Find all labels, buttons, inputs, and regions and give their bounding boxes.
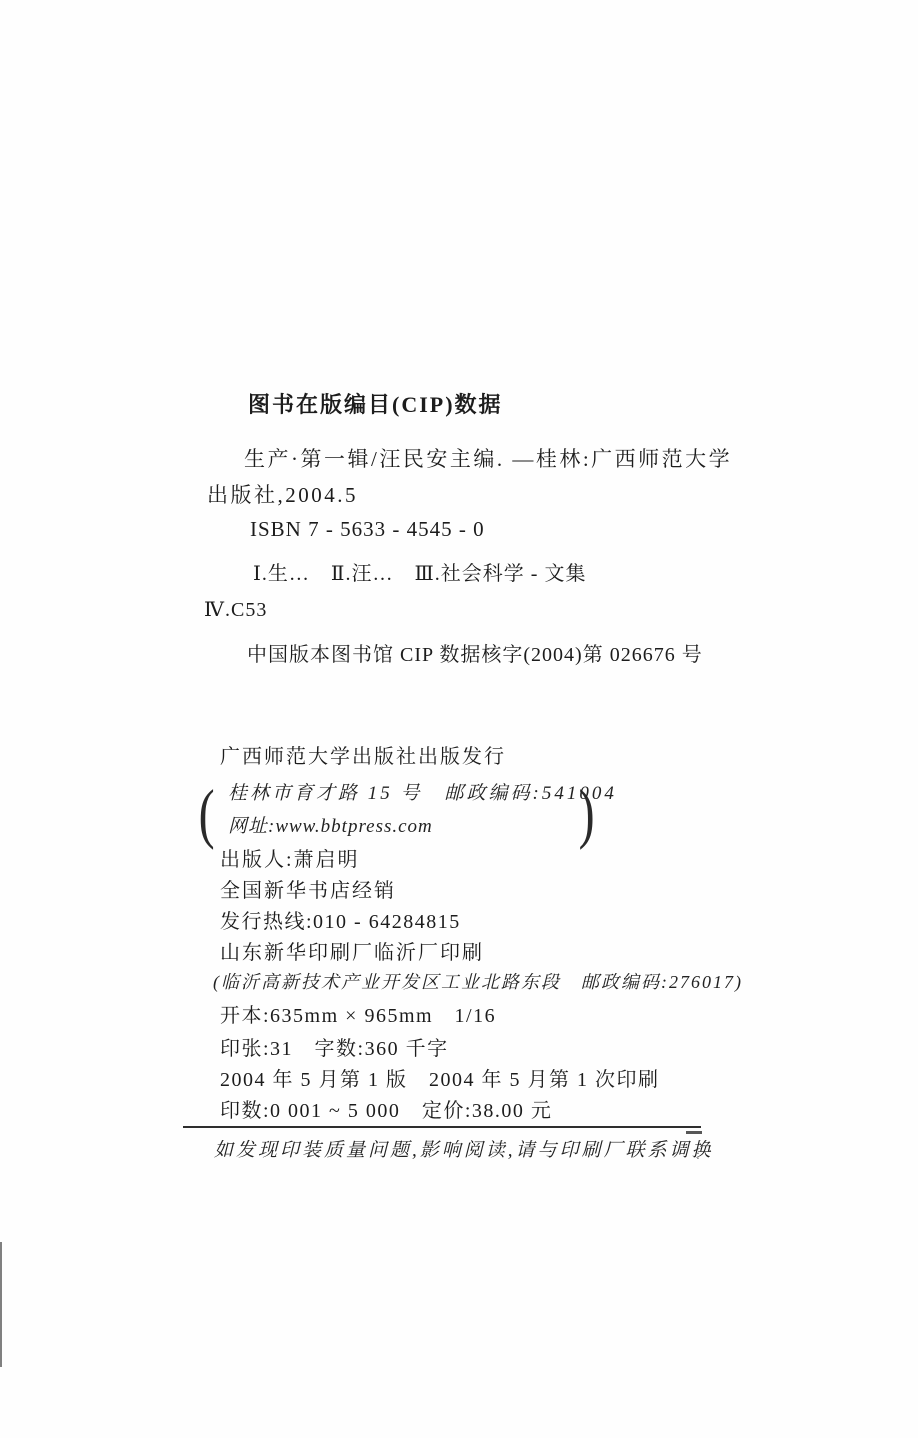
publisher-person: 出版人:萧启明 [220, 848, 360, 872]
printer-line: 山东新华印刷厂临沂厂印刷 [220, 941, 484, 965]
hotline-line: 发行热线:010 - 64284815 [220, 910, 461, 934]
format-line: 开本:635mm × 965mm 1/16 [220, 1004, 496, 1028]
publisher-line: 广西师范大学出版社出版发行 [220, 745, 506, 769]
distribution-line: 全国新华书店经销 [220, 879, 396, 903]
sheets-words-line: 印张:31 字数:360 千字 [220, 1037, 449, 1061]
print-run-price-line: 印数:0 001 ~ 5 000 定价:38.00 元 [220, 1099, 552, 1123]
cip-classification-line2: Ⅳ.C53 [204, 598, 267, 622]
divider-rule-tick [686, 1131, 702, 1134]
cip-heading: 图书在版编目(CIP)数据 [248, 392, 503, 418]
quality-notice: 如发现印装质量问题,影响阅读,请与印刷厂联系调换 [214, 1140, 714, 1163]
notice-trailing-mark: : [696, 1148, 700, 1164]
publisher-website: 网址:www.bbtpress.com [228, 816, 433, 839]
cip-entry-line1: 生产·第一辑/汪民安主编. —桂林:广西师范大学 [244, 447, 732, 472]
scan-edge-artifact [0, 1242, 2, 1367]
edition-line: 2004 年 5 月第 1 版 2004 年 5 月第 1 次印刷 [220, 1068, 660, 1092]
publisher-address: 桂林市育才路 15 号 邮政编码:541004 [228, 783, 617, 806]
cip-classification-line1: Ⅰ.生… Ⅱ.汪… Ⅲ.社会科学 - 文集 [253, 562, 586, 586]
printer-address: (临沂高新技术产业开发区工业北路东段 邮政编码:276017) [213, 972, 743, 994]
scanned-book-copyright-page: 图书在版编目(CIP)数据 生产·第一辑/汪民安主编. —桂林:广西师范大学 出… [0, 0, 918, 1438]
left-bracket-glyph: ( [199, 780, 215, 847]
divider-rule [183, 1126, 701, 1128]
cip-entry-line2: 出版社,2004.5 [207, 483, 358, 508]
cip-record-number: 中国版本图书馆 CIP 数据核字(2004)第 026676 号 [247, 643, 703, 667]
cip-isbn: ISBN 7 - 5633 - 4545 - 0 [250, 517, 485, 542]
